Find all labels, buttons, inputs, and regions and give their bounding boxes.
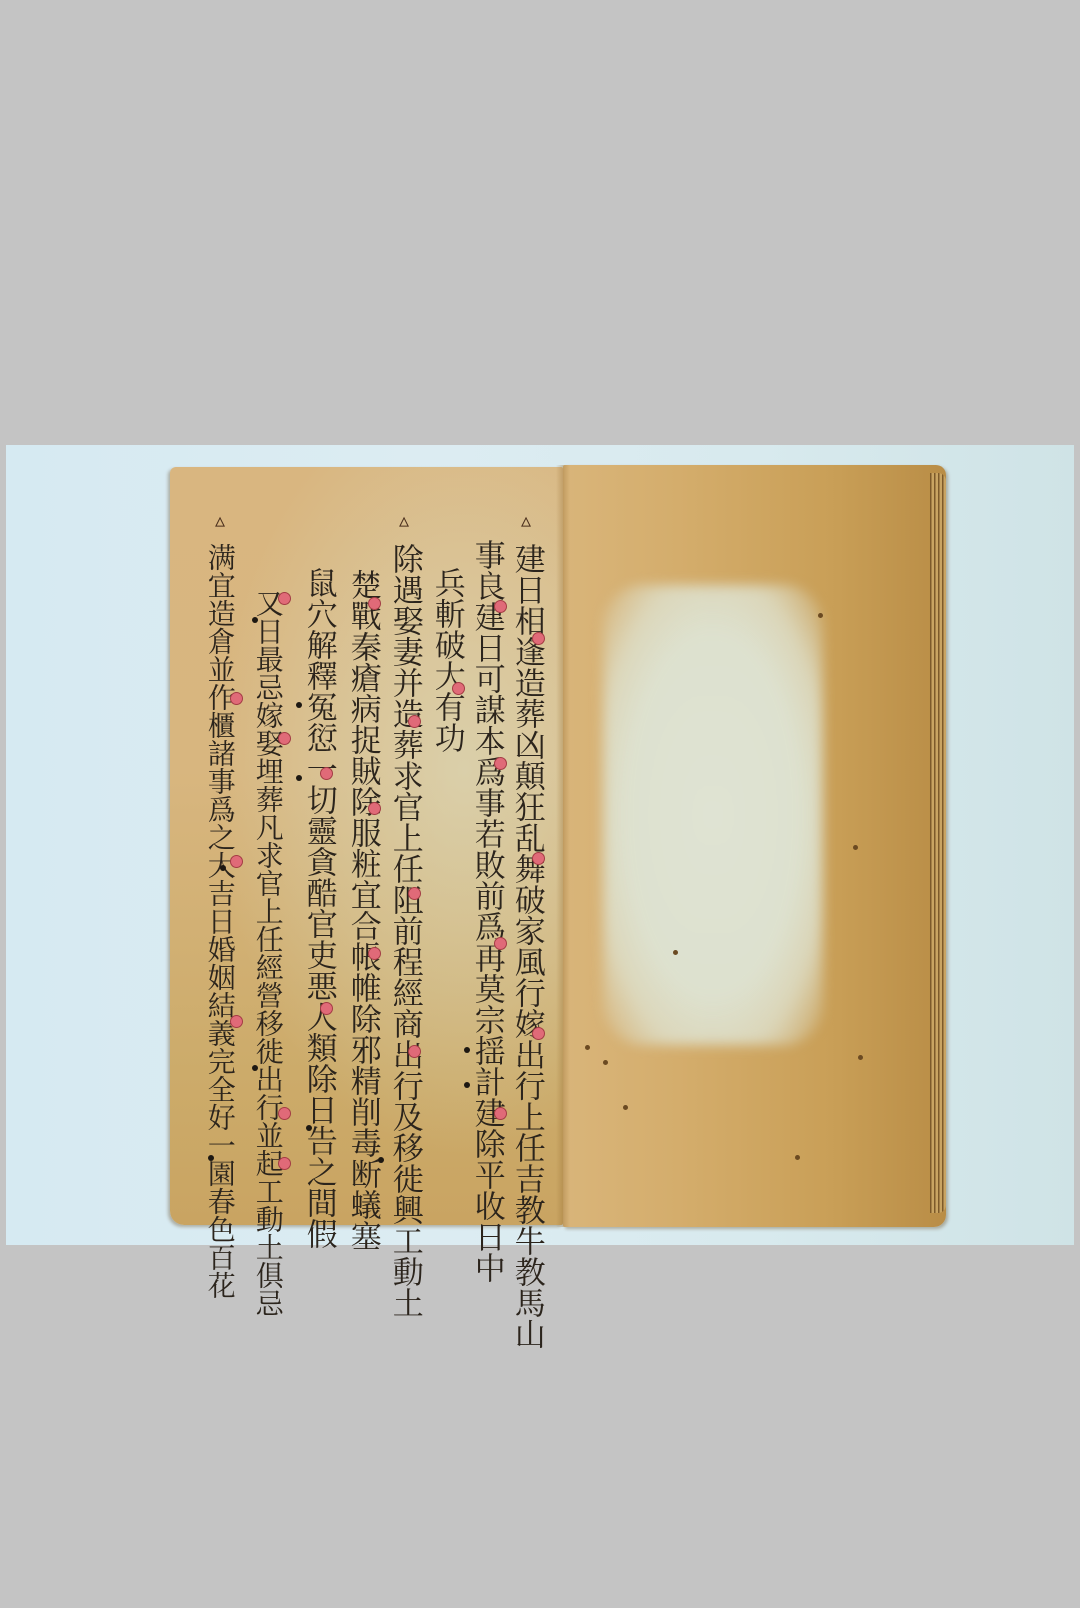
red-circle-mark — [494, 1107, 507, 1120]
black-dot-mark — [378, 1157, 384, 1163]
wormhole — [603, 1060, 608, 1065]
text-column-6: 鼠穴解釋冤愆一切靈貪酷官吏悪人類除日告之間假 — [298, 567, 338, 1249]
black-dot-mark — [296, 775, 302, 781]
text-column-3: 兵斬破大有功 — [426, 567, 466, 753]
red-circle-mark — [230, 1015, 243, 1028]
triangle-marker: ▵ — [399, 509, 409, 531]
wormhole — [673, 950, 678, 955]
black-dot-mark — [464, 1082, 470, 1088]
red-circle-mark — [452, 682, 465, 695]
red-circle-mark — [532, 632, 545, 645]
wormhole — [853, 845, 858, 850]
red-circle-mark — [230, 855, 243, 868]
open-manuscript-book: ▵ 建日相逢造葬凶顛狂乱舞破家風行嫁出行上任吉教牛教馬山 事良建日可謀本爲事若敗… — [170, 465, 956, 1227]
text-column-5: 楚戰秦瘡病捉賊除服粧宜合帳帷除邪精削毒断蟻塞 — [342, 569, 382, 1251]
column-text: 除遇娶妻并造葬求官上任阻前程經商出行及移徙興工動土 — [386, 543, 421, 1318]
column-text: 楚戰秦瘡病捉賊除服粧宜合帳帷除邪精削毒断蟻塞 — [344, 569, 379, 1251]
black-dot-mark — [252, 1065, 258, 1071]
red-circle-mark — [278, 592, 291, 605]
black-dot-mark — [208, 1155, 214, 1161]
text-column-2: 事良建日可謀本爲事若敗前爲再莫宗揺計建除平收日中 — [466, 539, 506, 1283]
red-circle-mark — [494, 757, 507, 770]
red-circle-mark — [230, 692, 243, 705]
wormhole — [818, 613, 823, 618]
red-circle-mark — [278, 732, 291, 745]
column-text: 又日最忌嫁娶埋葬凡求官上任經營移徙出行並起工動土俱忌 — [250, 589, 285, 1317]
red-circle-mark — [408, 887, 421, 900]
wormhole — [858, 1055, 863, 1060]
wormhole — [623, 1105, 628, 1110]
red-circle-mark — [320, 1002, 333, 1015]
text-column-8: ▵ 满宜造倉並作櫃諸事爲之大吉日婚姻結義完全好一園春色百花 — [200, 509, 240, 1299]
red-circle-mark — [278, 1107, 291, 1120]
red-circle-mark — [320, 767, 333, 780]
black-dot-mark — [306, 1125, 312, 1131]
black-dot-mark — [464, 1047, 470, 1053]
wormhole — [585, 1045, 590, 1050]
column-text: 建日相逢造葬凶顛狂乱舞破家風行嫁出行上任吉教牛教馬山 — [508, 543, 543, 1349]
red-circle-mark — [278, 1157, 291, 1170]
column-text: 满宜造倉並作櫃諸事爲之大吉日婚姻結義完全好一園春色百花 — [202, 543, 237, 1299]
triangle-marker: ▵ — [521, 509, 531, 531]
red-circle-mark — [408, 1045, 421, 1058]
red-circle-mark — [532, 852, 545, 865]
triangle-marker: ▵ — [215, 509, 225, 531]
red-circle-mark — [408, 715, 421, 728]
black-dot-mark — [220, 865, 226, 871]
center-fold — [556, 465, 570, 1227]
column-text: 鼠穴解釋冤愆一切靈貪酷官吏悪人類除日告之間假 — [300, 567, 335, 1249]
column-text: 事良建日可謀本爲事若敗前爲再莫宗揺計建除平收日中 — [468, 539, 503, 1283]
column-text: 兵斬破大有功 — [428, 567, 463, 753]
red-circle-mark — [368, 947, 381, 960]
red-circle-mark — [368, 802, 381, 815]
black-dot-mark — [296, 702, 302, 708]
photo-backdrop: ▵ 建日相逢造葬凶顛狂乱舞破家風行嫁出行上任吉教牛教馬山 事良建日可謀本爲事若敗… — [6, 445, 1074, 1245]
text-column-7: 又日最忌嫁娶埋葬凡求官上任經營移徙出行並起工動土俱忌 — [248, 589, 288, 1317]
red-circle-mark — [532, 1027, 545, 1040]
red-circle-mark — [494, 937, 507, 950]
page-edges — [930, 473, 946, 1213]
text-column-4: ▵ 除遇娶妻并造葬求官上任阻前程經商出行及移徙興工動土 — [384, 509, 424, 1318]
wormhole — [795, 1155, 800, 1160]
red-circle-mark — [494, 600, 507, 613]
left-page: ▵ 建日相逢造葬凶顛狂乱舞破家風行嫁出行上任吉教牛教馬山 事良建日可謀本爲事若敗… — [170, 467, 563, 1225]
red-circle-mark — [368, 597, 381, 610]
bleached-paper-area — [603, 585, 823, 1045]
black-dot-mark — [252, 617, 258, 623]
right-page — [563, 465, 946, 1227]
